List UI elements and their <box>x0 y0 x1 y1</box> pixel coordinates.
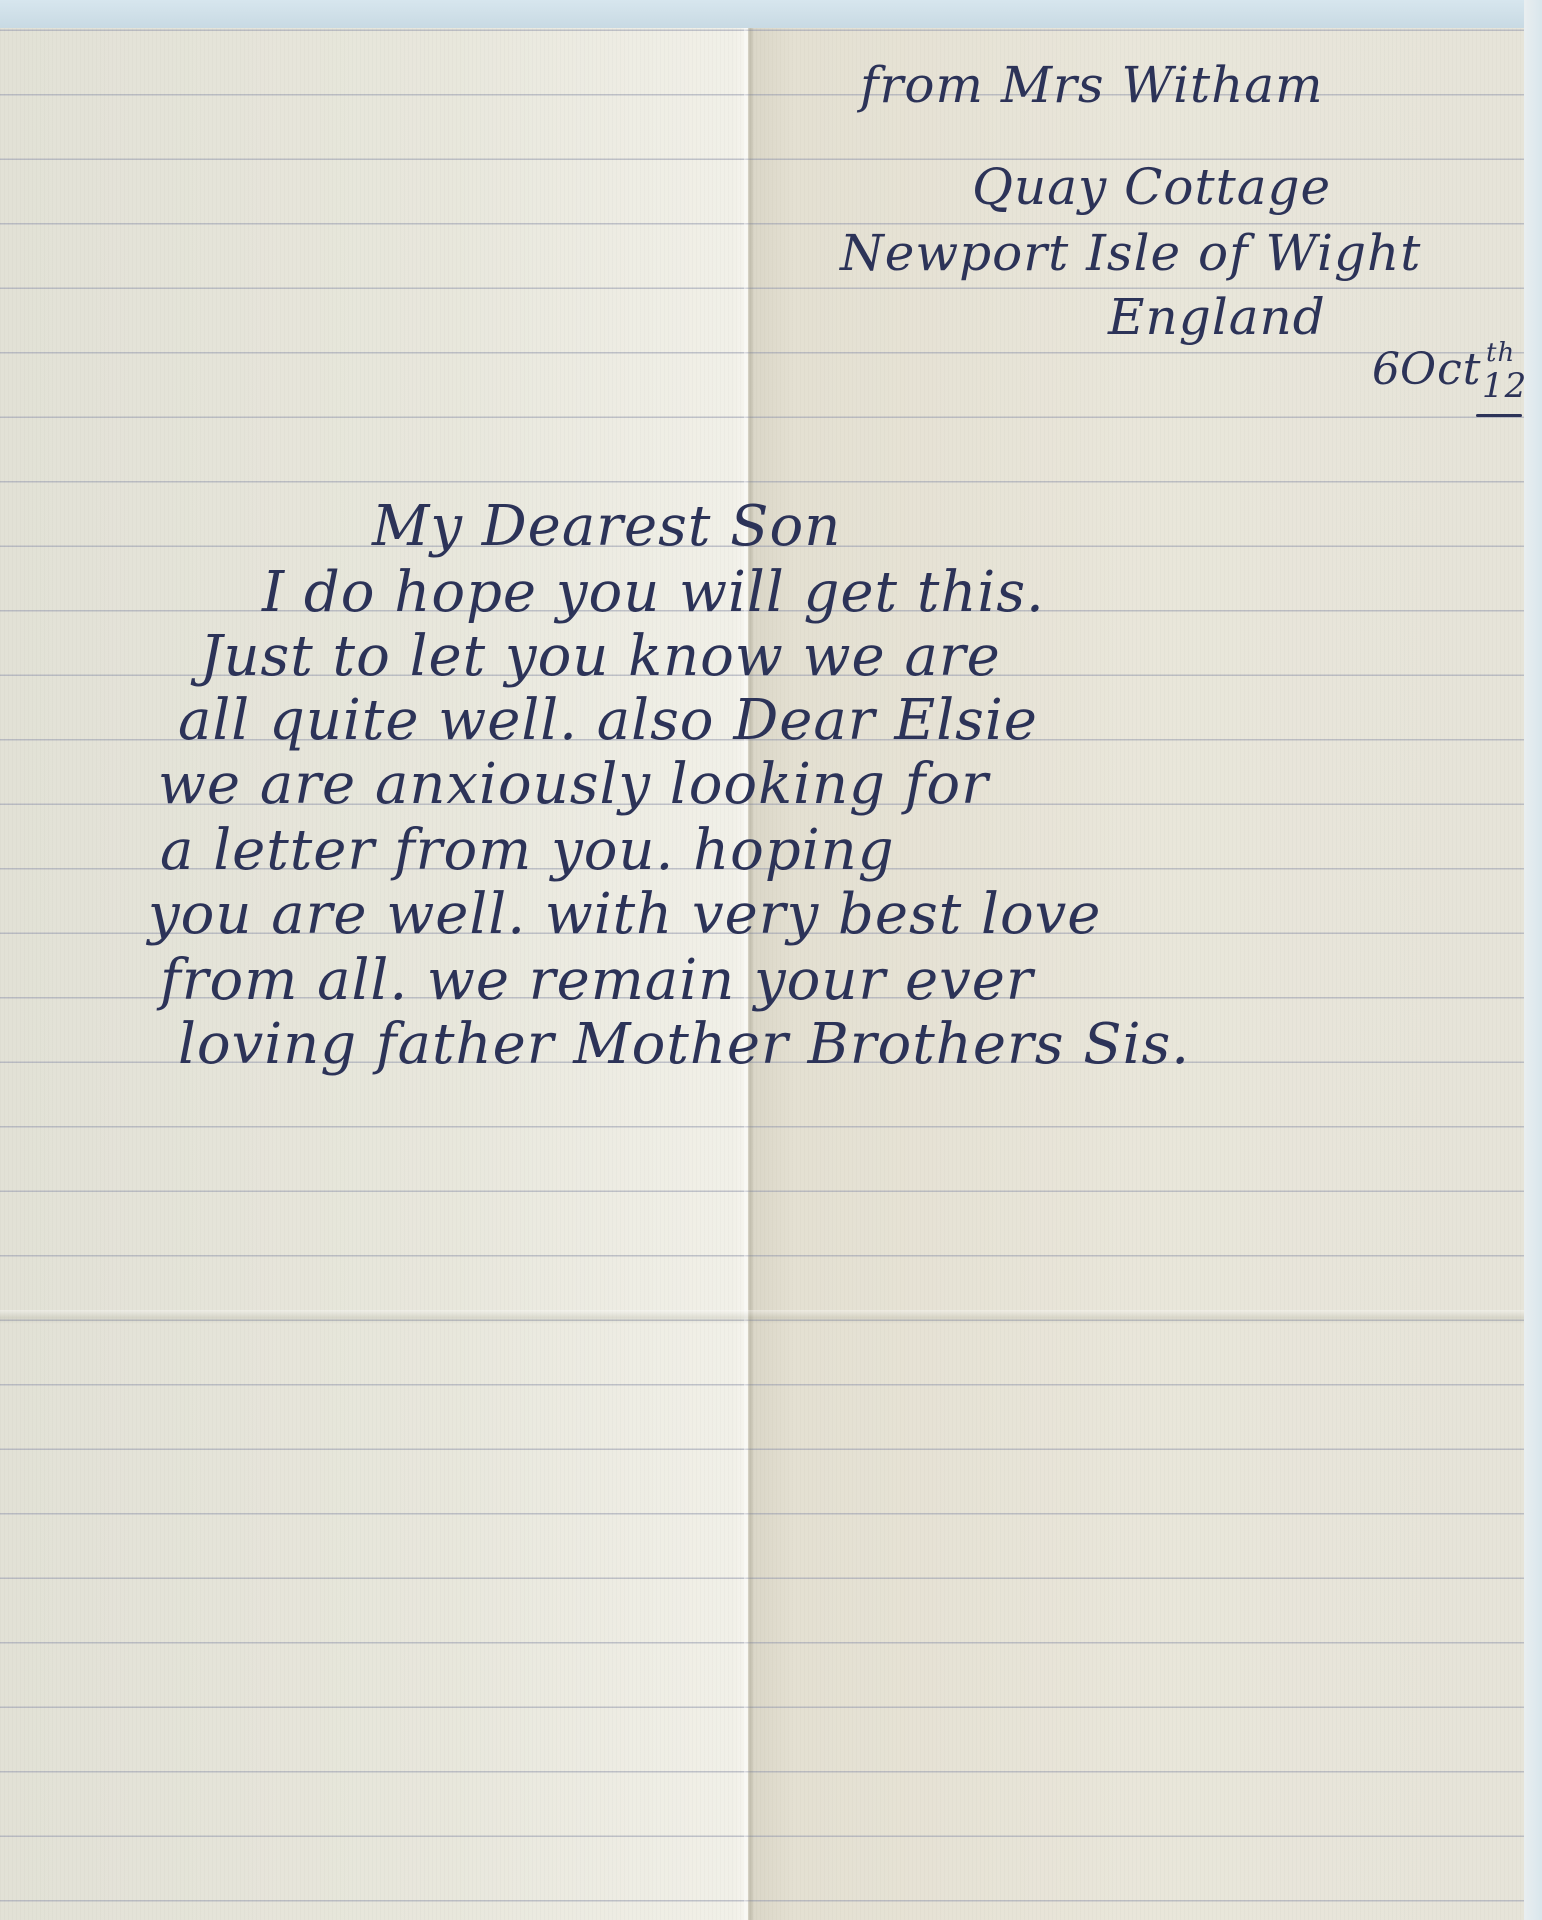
date: 6 Oct th 12 <box>1372 344 1522 434</box>
body-line-1: I do hope you will get this. <box>262 560 1045 625</box>
address-line-3: England <box>1108 288 1326 346</box>
salutation: My Dearest Son <box>372 494 841 559</box>
date-year: 12 <box>1482 366 1526 406</box>
body-line-3: all quite well. also Dear Elsie <box>178 688 1038 753</box>
address-line-1: Quay Cottage <box>972 158 1331 216</box>
horizontal-fold-crease <box>0 1310 1526 1324</box>
date-day: 6 <box>1372 344 1401 395</box>
body-line-7: from all. we remain your ever <box>160 948 1034 1013</box>
body-line-4: we are anxiously looking for <box>158 752 989 817</box>
background-edge <box>1524 0 1542 1920</box>
letter-paper: from Mrs Witham Quay Cottage Newport Isl… <box>0 28 1526 1920</box>
date-suffix: th <box>1486 338 1515 368</box>
body-line-5: a letter from you. hoping <box>160 818 895 883</box>
body-line-2: Just to let you know we are <box>200 624 1001 689</box>
address-line-2: Newport Isle of Wight <box>840 224 1421 282</box>
body-line-8: loving father Mother Brothers Sis. <box>178 1012 1190 1077</box>
body-line-6: you are well. with very best love <box>148 882 1101 947</box>
date-underline <box>1476 414 1522 417</box>
date-month: Oct <box>1400 344 1481 395</box>
sender-line: from Mrs Witham <box>860 56 1324 114</box>
